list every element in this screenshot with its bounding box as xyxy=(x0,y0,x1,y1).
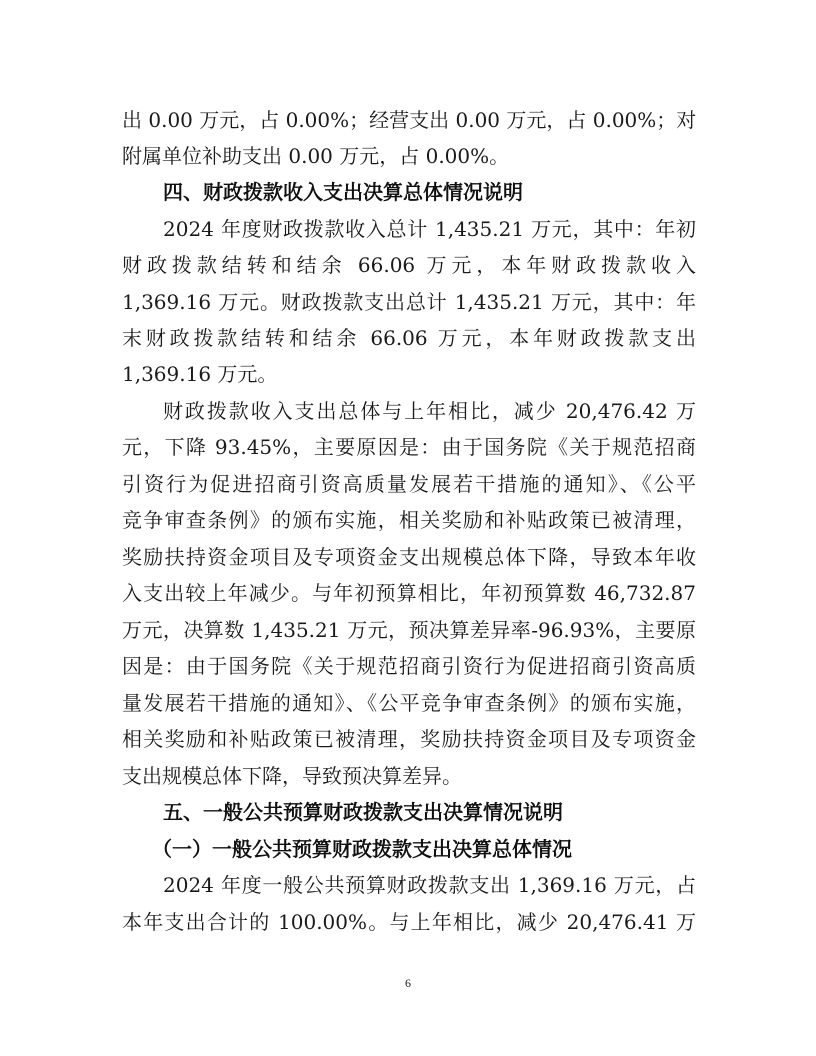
page-number: 6 xyxy=(398,976,418,991)
body-text-line: 支出规模总体下降，导致预决算差异。 xyxy=(122,758,696,794)
body-text-line: 万元，决算数 1,435.21 万元，预决算差异率-96.93%，主要原 xyxy=(122,612,696,648)
body-text-line: 出 0.00 万元，占 0.00%；经营支出 0.00 万元，占 0.00%；对 xyxy=(122,102,696,138)
body-text-line: 末财政拨款结转和结余 66.06 万元，本年财政拨款支出 xyxy=(122,320,696,356)
document-page: 出 0.00 万元，占 0.00%；经营支出 0.00 万元，占 0.00%；对… xyxy=(0,0,816,1056)
body-text-line: 财政拨款收入支出总体与上年相比，减少 20,476.42 万 xyxy=(163,393,696,429)
body-text-line: 2024 年度一般公共预算财政拨款支出 1,369.16 万元，占 xyxy=(163,867,696,903)
body-text-line: 竞争审查条例》的颁布实施，相关奖励和补贴政策已被清理， xyxy=(122,502,696,538)
body-text-line: 1,369.16 万元。财政拨款支出总计 1,435.21 万元，其中：年 xyxy=(122,284,696,320)
body-text-line: 相关奖励和补贴政策已被清理，奖励扶持资金项目及专项资金 xyxy=(122,721,696,757)
body-text-line: 1,369.16 万元。 xyxy=(122,356,696,392)
body-text-line: 引资行为促进招商引资高质量发展若干措施的通知》、《公平 xyxy=(122,466,696,502)
body-text-line: 财政拨款结转和结余 66.06 万元，本年财政拨款收入 xyxy=(122,247,696,283)
body-text-line: 奖励扶持资金项目及专项资金支出规模总体下降，导致本年收 xyxy=(122,539,696,575)
body-text-line: 2024 年度财政拨款收入总计 1,435.21 万元，其中：年初 xyxy=(163,211,696,247)
section-heading-4: 四、财政拨款收入支出决算总体情况说明 xyxy=(163,174,523,210)
body-text-line: 量发展若干措施的通知》、《公平竞争审查条例》的颁布实施， xyxy=(122,685,696,721)
body-text-line: 本年支出合计的 100.00%。与上年相比，减少 20,476.41 万 xyxy=(122,904,696,940)
subsection-heading-5-1: （一）一般公共预算财政拨款支出决算总体情况 xyxy=(152,831,572,867)
body-text-line: 入支出较上年减少。与年初预算相比，年初预算数 46,732.87 xyxy=(122,575,696,611)
section-heading-5: 五、一般公共预算财政拨款支出决算情况说明 xyxy=(163,794,563,830)
body-text-line: 附属单位补助支出 0.00 万元，占 0.00%。 xyxy=(122,138,696,174)
body-text-line: 因是：由于国务院《关于规范招商引资行为促进招商引资高质 xyxy=(122,648,696,684)
body-text-line: 元，下降 93.45%，主要原因是：由于国务院《关于规范招商 xyxy=(122,429,696,465)
